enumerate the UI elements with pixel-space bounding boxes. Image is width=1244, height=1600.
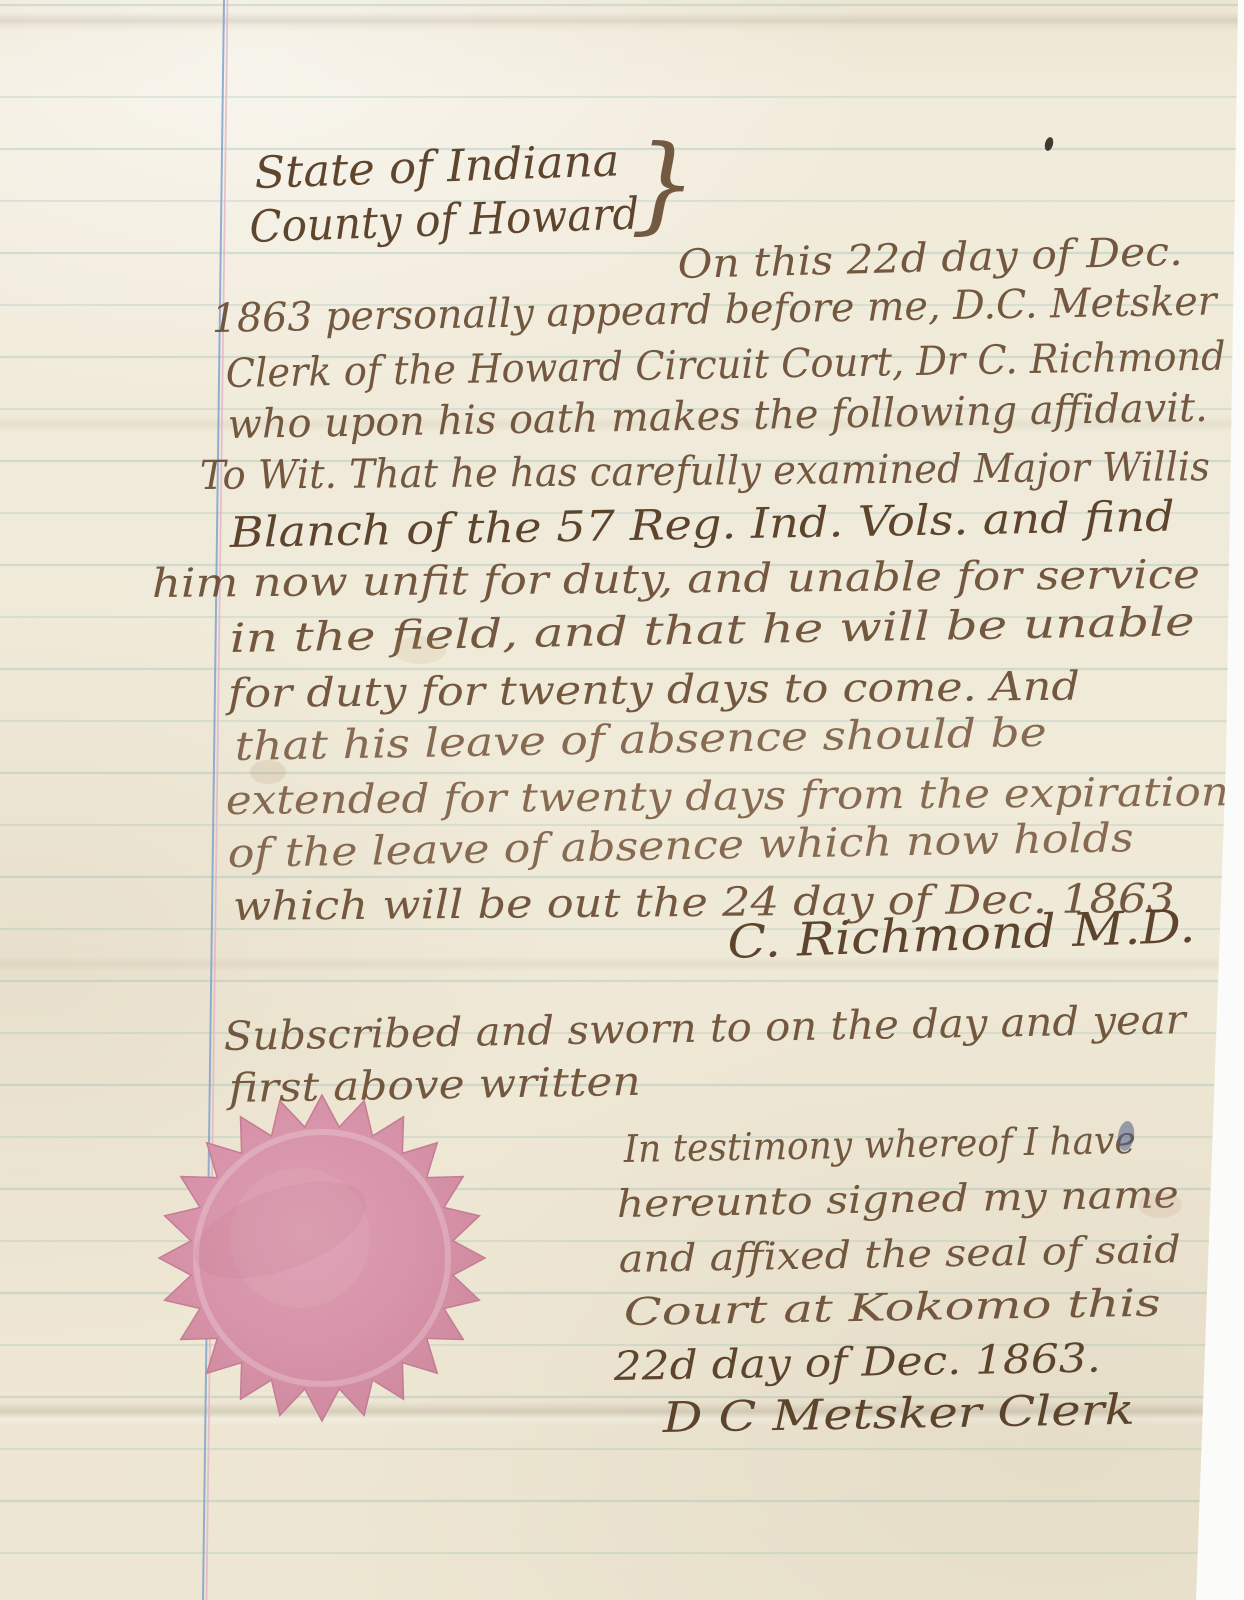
stain [394,636,446,664]
handwriting-line: him now unfit for duty, and unable for s… [152,552,1200,607]
ink-blot [1043,136,1054,152]
heading-brace: } [630,123,697,245]
notary-seal [159,1095,485,1421]
handwriting-testimony: 22d day of Dec. 1863. [612,1336,1101,1391]
handwriting-testimony: and affixed the seal of said [618,1227,1181,1281]
handwriting-attestation: first above written [225,1059,641,1112]
handwriting-testimony: hereunto signed my name [616,1172,1179,1226]
handwriting-heading-county: County of Howard [249,188,641,253]
handwriting-testimony: In testimony whereof I have [622,1118,1136,1171]
stain [1138,1192,1182,1218]
signature-clerk: D C Metsker Clerk [661,1385,1135,1442]
handwriting-line: Blanch of the 57 Reg. Ind. Vols. and fin… [228,492,1175,558]
handwriting-line: in the field, and that he will be unable [229,599,1195,662]
handwriting-attestation: Subscribed and sworn to on the day and y… [223,997,1189,1060]
handwriting-line: To Wit. That he has carefully examined M… [200,444,1210,499]
handwriting-line: On this 22d day of Dec. [677,229,1183,288]
paper-sheet: State of Indiana County of Howard } On t… [0,0,1244,1600]
scanned-document: State of Indiana County of Howard } On t… [0,0,1244,1600]
stain [250,760,286,784]
handwriting-testimony: Court at Kokomo this [623,1281,1161,1334]
handwriting-line: for duty for twenty days to come. And [224,664,1080,717]
handwriting-line: of the leave of absence which now holds [227,815,1134,877]
handwriting-line: that his leave of absence should be [234,710,1047,770]
handwriting-heading-state: State of Indiana [254,135,621,199]
handwriting-line: 1863 personally appeard before me, D.C. … [211,278,1219,342]
